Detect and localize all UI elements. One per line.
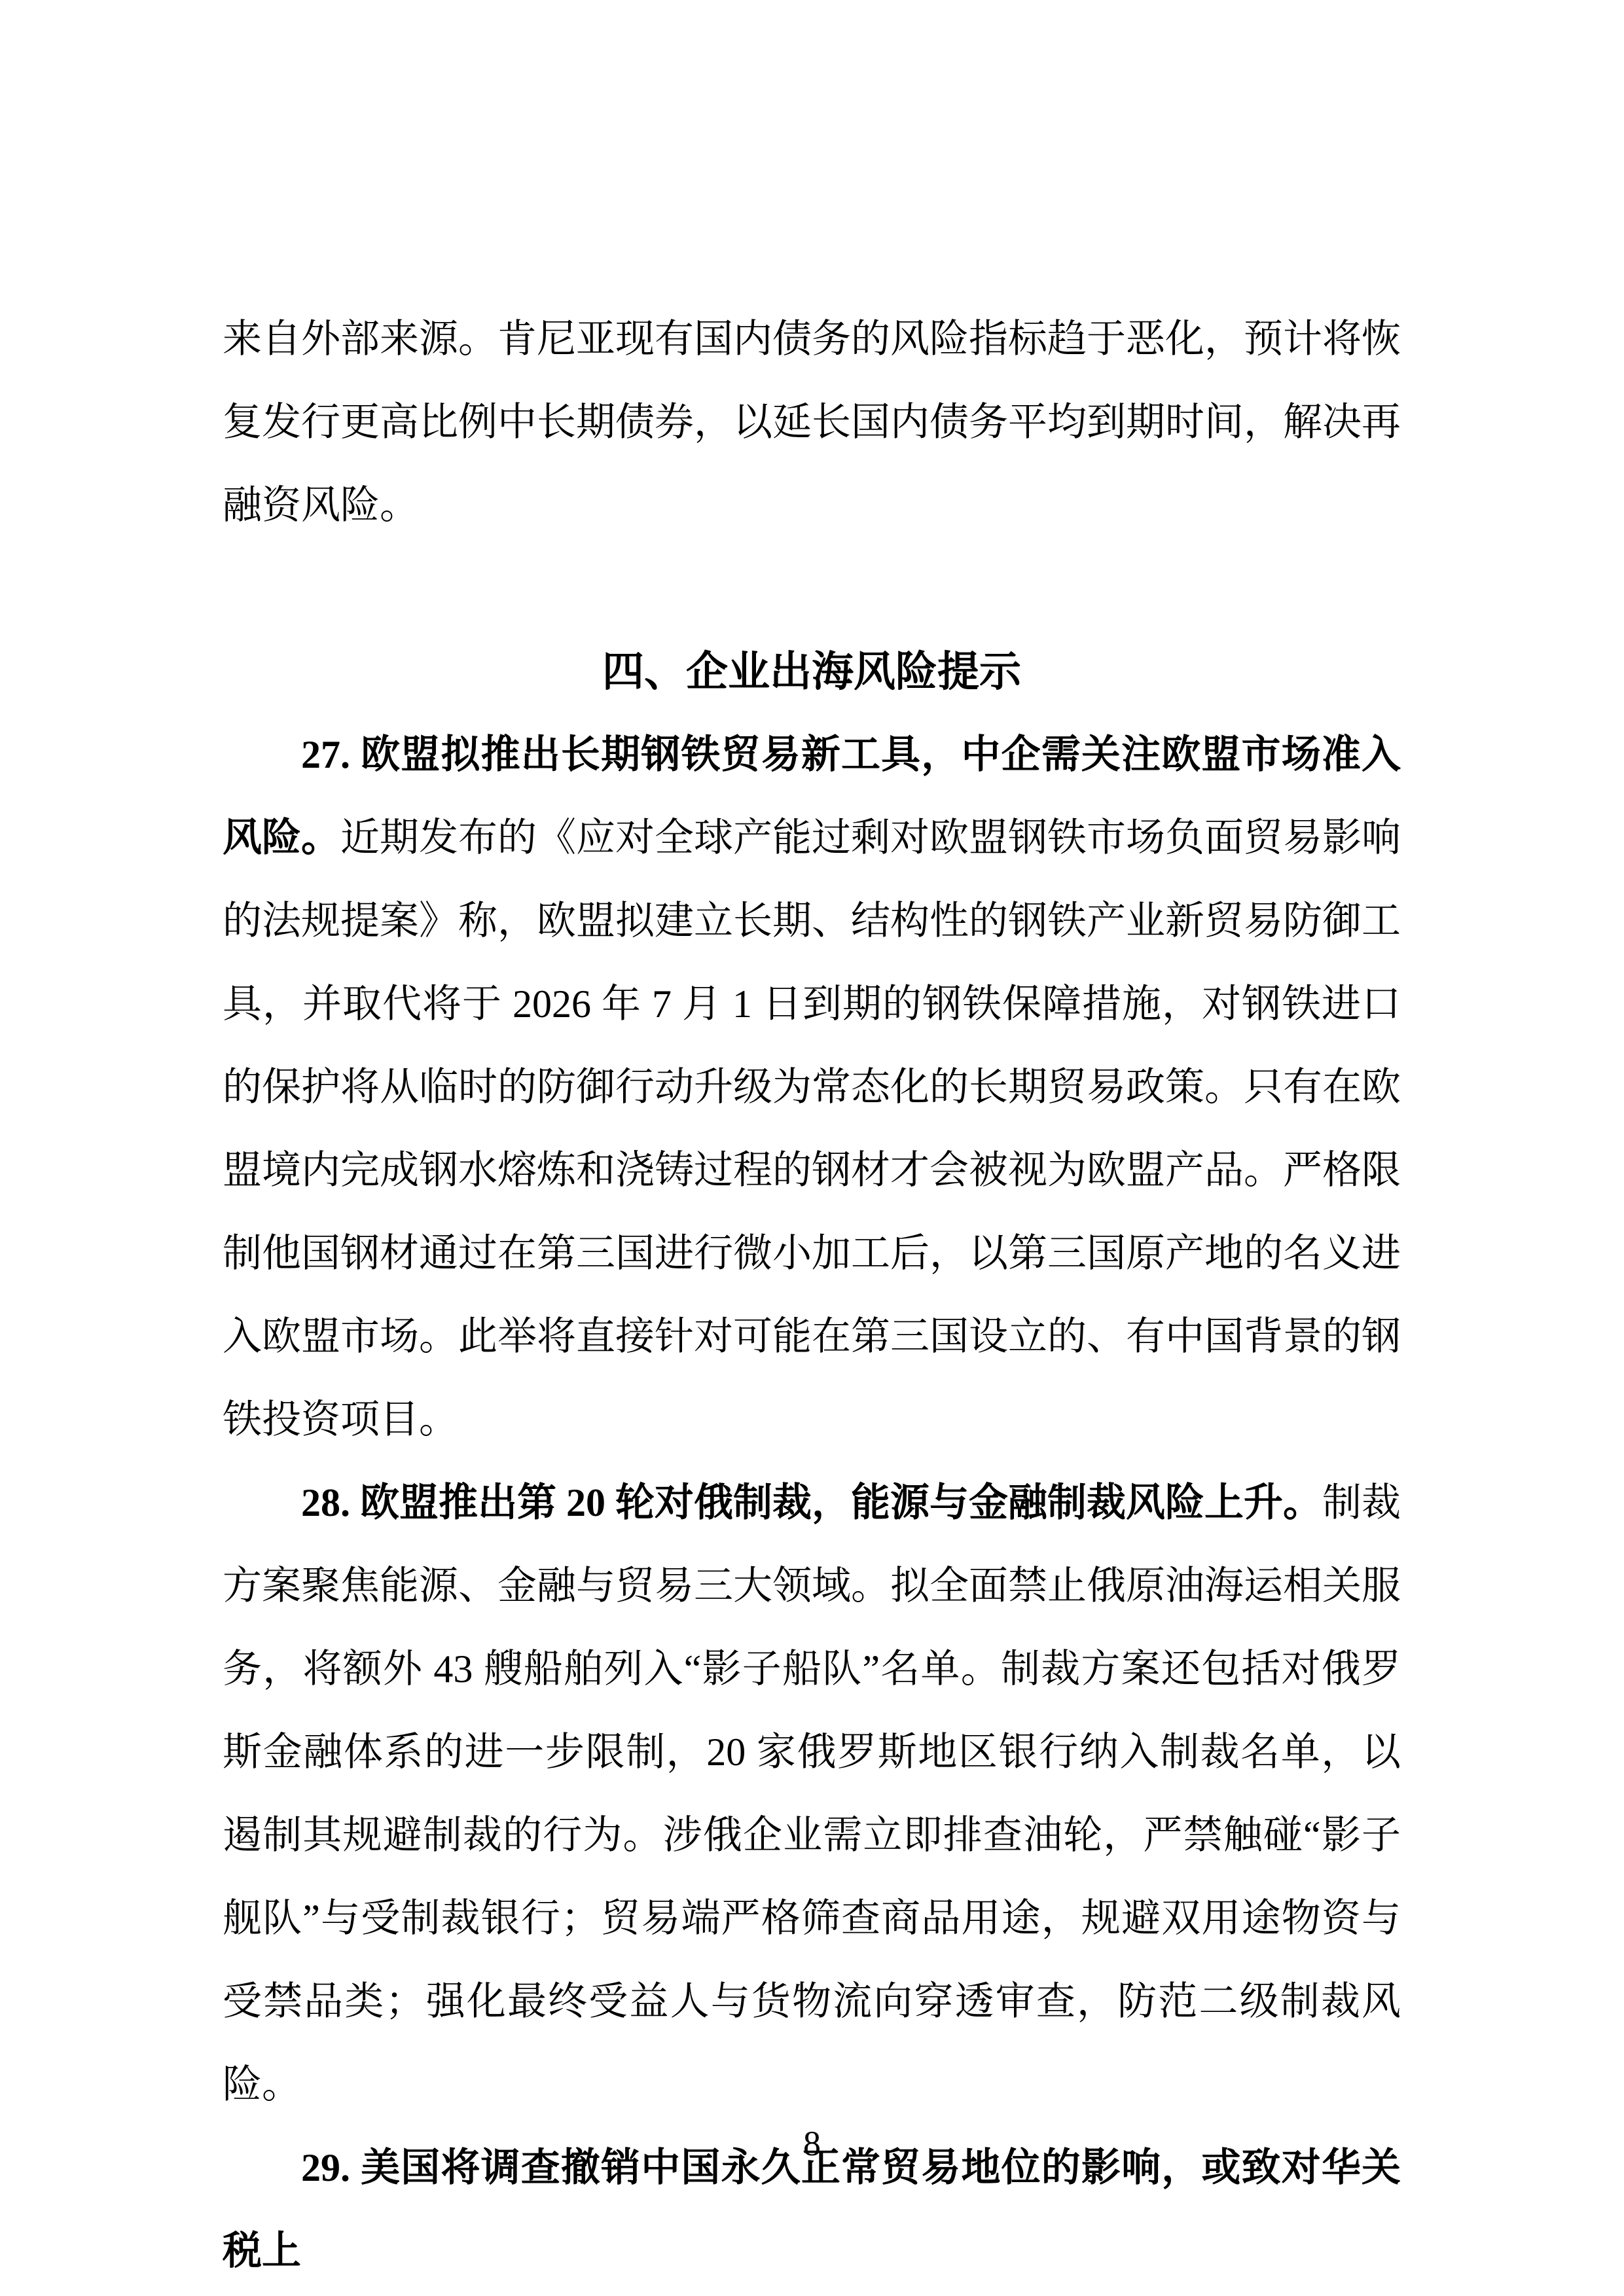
paragraph-29-lead: 29. 美国将调查撤销中国永久正常贸易地位的影响，或致对华关税上 [223,2146,1401,2272]
paragraph-27-body: 近期发布的《应对全球产能过剩对欧盟钢铁市场负面贸易影响的法规提案》称，欧盟拟建立… [223,816,1401,1441]
paragraph-27: 27. 欧盟拟推出长期钢铁贸易新工具，中企需关注欧盟市场准入风险。近期发布的《应… [223,713,1401,1462]
document-page: 来自外部来源。肯尼亚现有国内债务的风险指标趋于恶化，预计将恢复发行更高比例中长期… [0,0,1624,2296]
paragraph-28-body: 制裁方案聚焦能源、金融与贸易三大领域。拟全面禁止俄原油海运相关服务，将额外 43… [223,1481,1401,2106]
page-content: 来自外部来源。肯尼亚现有国内债务的风险指标趋于恶化，预计将恢复发行更高比例中长期… [223,298,1401,2293]
page-number: 8 [0,2124,1624,2163]
paragraph-28: 28. 欧盟推出第 20 轮对俄制裁，能源与金融制裁风险上升。制裁方案聚焦能源、… [223,1462,1401,2126]
intro-paragraph: 来自外部来源。肯尼亚现有国内债务的风险指标趋于恶化，预计将恢复发行更高比例中长期… [223,298,1401,547]
paragraph-28-lead: 28. 欧盟推出第 20 轮对俄制裁，能源与金融制裁风险上升。 [301,1481,1322,1524]
section-heading: 四、企业出海风险提示 [223,630,1401,713]
